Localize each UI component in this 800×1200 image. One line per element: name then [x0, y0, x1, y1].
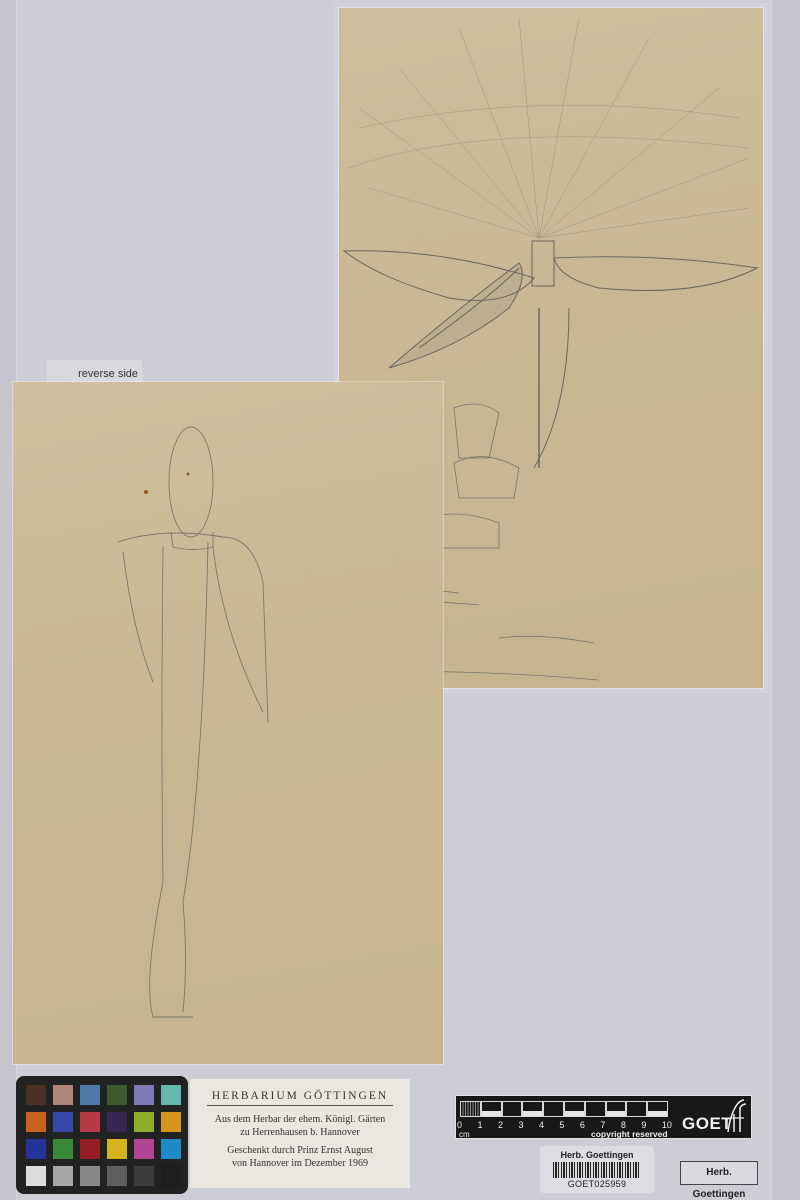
scale-cell: [543, 1101, 564, 1117]
herbarium-label-line: zu Herrenhausen b. Hannover: [190, 1126, 410, 1139]
reverse-side-tag: reverse side: [47, 360, 142, 384]
scale-cell: [606, 1101, 627, 1117]
color-swatch: [107, 1166, 127, 1186]
scale-copyright: copyright reserved: [591, 1129, 668, 1139]
scale-number: 1: [477, 1120, 482, 1130]
color-swatch: [53, 1139, 73, 1159]
color-swatch: [53, 1166, 73, 1186]
scale-cell: [460, 1101, 481, 1117]
color-swatch: [107, 1139, 127, 1159]
color-swatch: [80, 1112, 100, 1132]
herbarium-label-title: HERBARIUM GÖTTINGEN: [207, 1090, 393, 1106]
color-swatch: [161, 1139, 181, 1159]
herbarium-label-line: Geschenkt durch Prinz Ernst August: [190, 1144, 410, 1157]
color-swatch: [134, 1166, 154, 1186]
barcode-icon: [553, 1162, 641, 1178]
scale-ruler: [460, 1101, 668, 1117]
color-swatch: [134, 1085, 154, 1105]
color-swatch: [53, 1085, 73, 1105]
color-swatch: [80, 1166, 100, 1186]
color-swatch: [80, 1139, 100, 1159]
color-swatch: [161, 1085, 181, 1105]
scale-cell: [502, 1101, 523, 1117]
herbarium-label-line: Aus dem Herbar der ehem. Königl. Gärten: [190, 1113, 410, 1126]
barcode-number: GOET025959: [540, 1179, 654, 1189]
reverse-side-sketch: [13, 382, 443, 1064]
scale-cell: [647, 1101, 668, 1117]
color-swatch: [161, 1112, 181, 1132]
scale-cell: [522, 1101, 543, 1117]
scale-number: 4: [539, 1120, 544, 1130]
herbarium-stamp: Herb. Goettingen: [680, 1161, 758, 1185]
scale-number: 2: [498, 1120, 503, 1130]
color-swatch: [134, 1112, 154, 1132]
color-swatch: [26, 1112, 46, 1132]
barcode-label: Herb. Goettingen GOET025959: [540, 1146, 654, 1193]
color-swatch: [53, 1112, 73, 1132]
color-swatch: [80, 1085, 100, 1105]
color-swatch: [26, 1139, 46, 1159]
goet-logo-icon: [724, 1098, 748, 1134]
scale-number: 0: [457, 1120, 462, 1130]
barcode-institution: Herb. Goettingen: [540, 1150, 654, 1160]
color-swatch: [26, 1085, 46, 1105]
scale-number: 6: [580, 1120, 585, 1130]
herbarium-label: HERBARIUM GÖTTINGEN Aus dem Herbar der e…: [190, 1079, 410, 1188]
scale-cell: [585, 1101, 606, 1117]
scale-number: 5: [559, 1120, 564, 1130]
color-swatch: [26, 1166, 46, 1186]
scale-unit: cm: [459, 1130, 470, 1139]
color-swatch: [161, 1166, 181, 1186]
scale-cell: [564, 1101, 585, 1117]
cm-scale-bar: 0 1 2 3 4 5 6 7 8 9 10 cm copyright rese…: [455, 1095, 752, 1139]
scale-cell: [481, 1101, 502, 1117]
color-checker-card: [16, 1076, 188, 1194]
scale-number: 3: [518, 1120, 523, 1130]
color-swatch: [107, 1112, 127, 1132]
herbarium-label-line: von Hannover im Dezember 1969: [190, 1157, 410, 1170]
lower-drawing-sheet: [13, 382, 443, 1064]
color-swatch: [107, 1085, 127, 1105]
scale-cell: [626, 1101, 647, 1117]
color-swatch: [134, 1139, 154, 1159]
